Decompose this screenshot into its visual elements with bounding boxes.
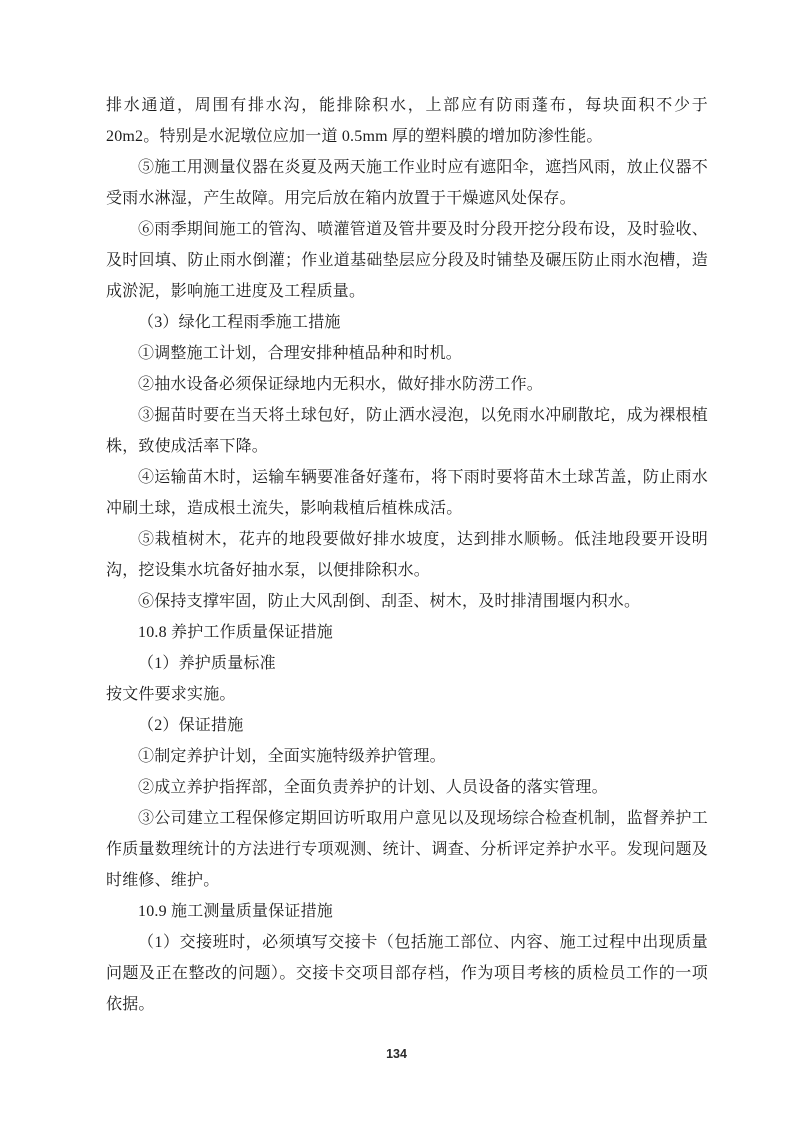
paragraph: ③掘苗时要在当天将土球包好，防止洒水浸泡，以免雨水冲刷散坨，成为裸根植株，致使成… [106,400,708,462]
paragraph: ④运输苗木时，运输车辆要准备好蓬布，将下雨时要将苗木土球苫盖，防止雨水冲刷土球，… [106,462,708,524]
paragraph: ⑥保持支撑牢固，防止大风刮倒、刮歪、树木，及时排清围堰内积水。 [106,586,708,617]
document-body: 排水通道，周围有排水沟，能排除积水，上部应有防雨蓬布，每块面积不少于 20m2。… [106,90,708,1020]
paragraph: （3）绿化工程雨季施工措施 [106,307,708,338]
paragraph: ②成立养护指挥部，全面负责养护的计划、人员设备的落实管理。 [106,772,708,803]
document-page: 排水通道，周围有排水沟，能排除积水，上部应有防雨蓬布，每块面积不少于 20m2。… [0,0,793,1122]
paragraph: 按文件要求实施。 [106,679,708,710]
page-number: 134 [386,1047,407,1061]
paragraph: （2）保证措施 [106,710,708,741]
paragraph: （1）交接班时，必须填写交接卡（包括施工部位、内容、施工过程中出现质量问题及正在… [106,927,708,1020]
paragraph: 10.9 施工测量质量保证措施 [106,896,708,927]
paragraph: 10.8 养护工作质量保证措施 [106,617,708,648]
paragraph: ①制定养护计划，全面实施特级养护管理。 [106,741,708,772]
paragraph: ①调整施工计划，合理安排种植品种和时机。 [106,338,708,369]
paragraph: ⑥雨季期间施工的管沟、喷灌管道及管井要及时分段开挖分段布设，及时验收、及时回填、… [106,214,708,307]
paragraph: ③公司建立工程保修定期回访听取用户意见以及现场综合检查机制，监督养护工作质量数理… [106,803,708,896]
paragraph: ②抽水设备必须保证绿地内无积水，做好排水防涝工作。 [106,369,708,400]
paragraph: （1）养护质量标准 [106,648,708,679]
page-footer: 134 [0,1045,793,1063]
paragraph: 排水通道，周围有排水沟，能排除积水，上部应有防雨蓬布，每块面积不少于 20m2。… [106,90,708,152]
paragraph: ⑤栽植树木，花卉的地段要做好排水坡度，达到排水顺畅。低洼地段要开设明沟，挖设集水… [106,524,708,586]
paragraph: ⑤施工用测量仪器在炎夏及两天施工作业时应有遮阳伞，遮挡风雨，放止仪器不受雨水淋湿… [106,152,708,214]
